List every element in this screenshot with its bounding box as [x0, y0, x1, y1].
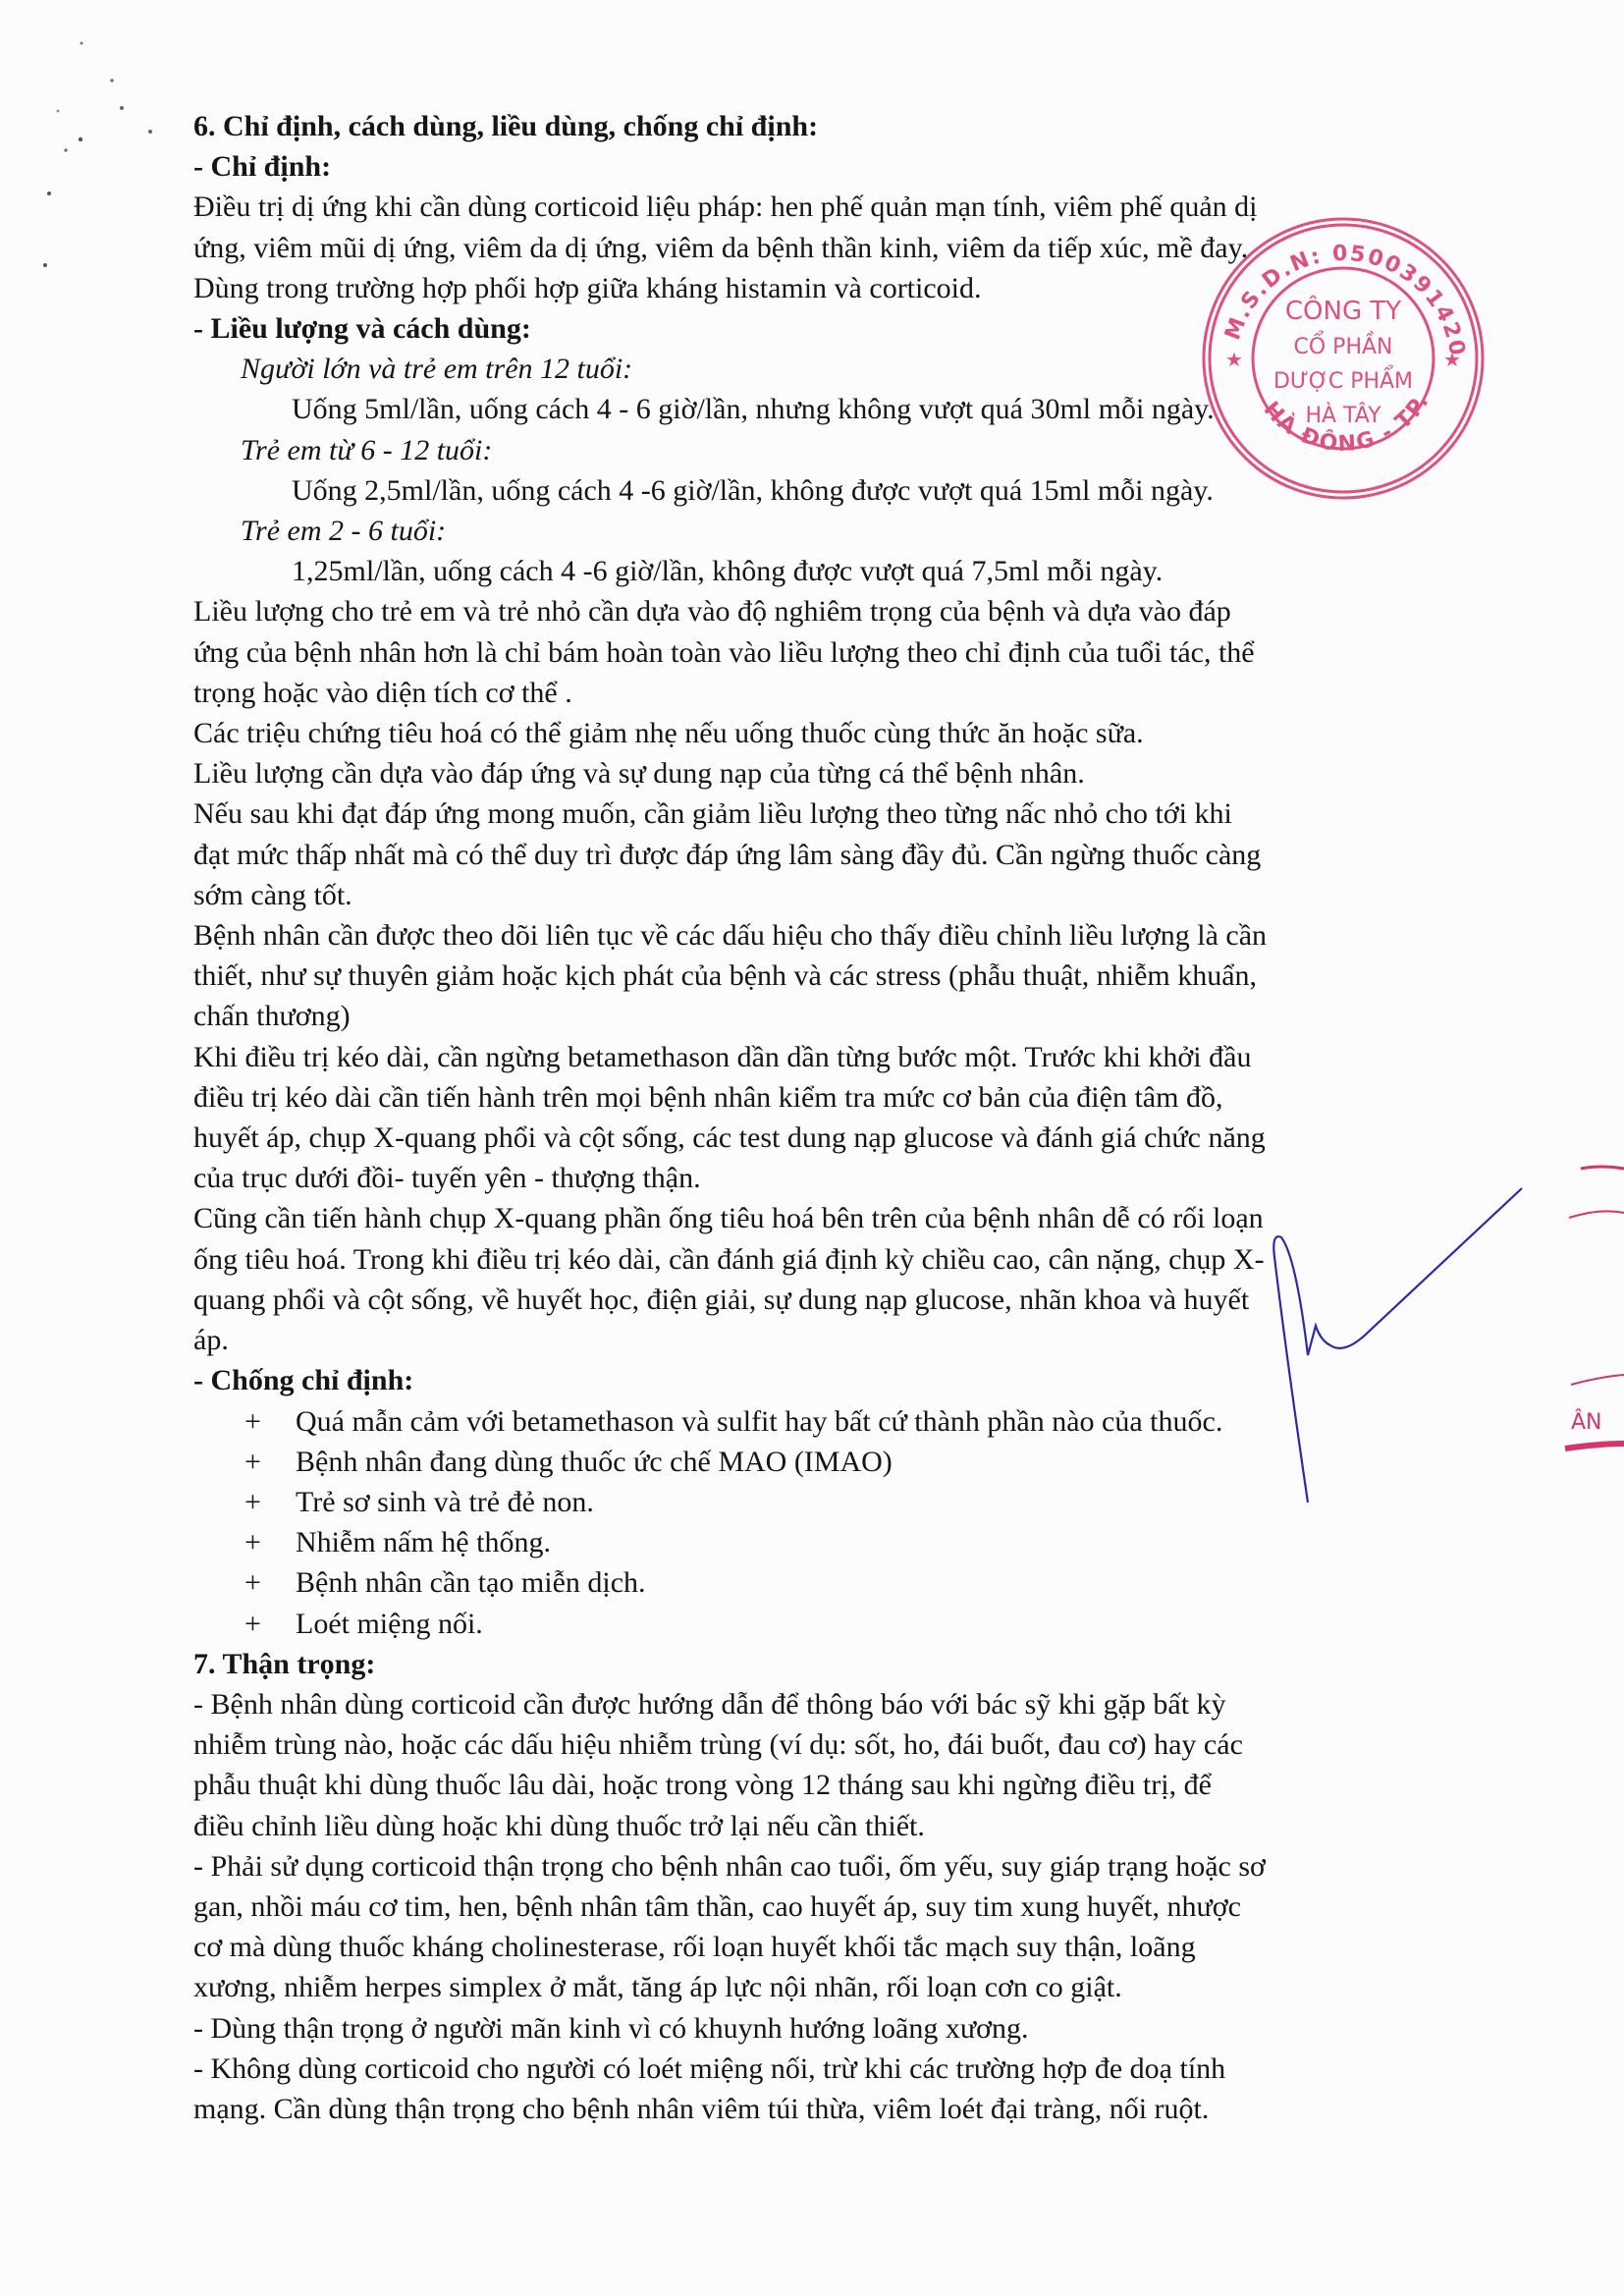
- text-line: xương, nhiễm herpes simplex ở mắt, tăng …: [193, 1967, 1489, 2007]
- text-line: ống tiêu hoá. Trong khi điều trị kéo dài…: [193, 1239, 1489, 1280]
- text-line: áp.: [193, 1320, 1489, 1360]
- text-line: mạng. Cần dùng thận trọng cho bệnh nhân …: [193, 2089, 1489, 2129]
- text-line: cơ mà dùng thuốc kháng cholinesterase, r…: [193, 1927, 1489, 1967]
- text-line: - Dùng thận trọng ở người mãn kinh vì có…: [193, 2008, 1489, 2049]
- dosage-group-label: Trẻ em từ 6 - 12 tuổi:: [193, 430, 1489, 470]
- dosage-group-label: Trẻ em 2 - 6 tuổi:: [193, 511, 1489, 551]
- contraindication-item: +Trẻ sơ sinh và trẻ đẻ non.: [193, 1482, 1489, 1522]
- text-line: trọng hoặc vào diện tích cơ thể .: [193, 673, 1489, 713]
- section-7-heading: 7. Thận trọng:: [193, 1644, 1489, 1684]
- contraindication-text: Nhiễm nấm hệ thống.: [296, 1526, 551, 1558]
- text-line: Bệnh nhân cần được theo dõi liên tục về …: [193, 915, 1489, 956]
- contraindication-item: +Bệnh nhân cần tạo miễn dịch.: [193, 1562, 1489, 1603]
- plus-bullet-icon: +: [244, 1604, 296, 1644]
- plus-bullet-icon: +: [244, 1522, 296, 1562]
- text-line: điều trị kéo dài cần tiến hành trên mọi …: [193, 1077, 1489, 1118]
- text-line: gan, nhồi máu cơ tim, hen, bệnh nhân tâm…: [193, 1886, 1489, 1927]
- partial-stamp-icon: ÂN: [1561, 1159, 1624, 1453]
- document-page: 6. Chỉ định, cách dùng, liều dùng, chống…: [0, 0, 1624, 2296]
- indications-heading: - Chỉ định:: [193, 146, 1489, 187]
- text-line: huyết áp, chụp X-quang phổi và cột sống,…: [193, 1118, 1489, 1158]
- document-body: 6. Chỉ định, cách dùng, liều dùng, chống…: [193, 106, 1489, 2129]
- text-line: nhiễm trùng nào, hoặc các dấu hiệu nhiễm…: [193, 1724, 1489, 1765]
- text-line: đạt mức thấp nhất mà có thể duy trì được…: [193, 835, 1489, 875]
- text-line: điều chỉnh liều dùng hoặc khi dùng thuốc…: [193, 1806, 1489, 1846]
- dosage-group-text: Uống 5ml/lần, uống cách 4 - 6 giờ/lần, n…: [193, 389, 1489, 429]
- text-line: Khi điều trị kéo dài, cần ngừng betameth…: [193, 1037, 1489, 1077]
- scan-specks: [0, 39, 196, 295]
- text-line: thiết, như sự thuyên giảm hoặc kịch phát…: [193, 956, 1489, 996]
- text-line: Liều lượng cho trẻ em và trẻ nhỏ cần dựa…: [193, 591, 1489, 631]
- plus-bullet-icon: +: [244, 1482, 296, 1522]
- text-line: Liều lượng cần dựa vào đáp ứng và sự dun…: [193, 753, 1489, 793]
- contraindication-text: Bệnh nhân đang dùng thuốc ức chế MAO (IM…: [296, 1446, 893, 1478]
- svg-text:ÂN: ÂN: [1571, 1409, 1602, 1435]
- text-line: Cũng cần tiến hành chụp X-quang phần ống…: [193, 1198, 1489, 1238]
- text-line: Nếu sau khi đạt đáp ứng mong muốn, cần g…: [193, 793, 1489, 834]
- plus-bullet-icon: +: [244, 1442, 296, 1482]
- text-line: Các triệu chứng tiêu hoá có thể giảm nhẹ…: [193, 713, 1489, 753]
- text-line: của trục dưới đồi- tuyến yên - thượng th…: [193, 1158, 1489, 1198]
- plus-bullet-icon: +: [244, 1562, 296, 1603]
- text-line: ứng của bệnh nhân hơn là chỉ bám hoàn to…: [193, 632, 1489, 673]
- dosage-heading: - Liều lượng và cách dùng:: [193, 308, 1489, 349]
- text-line: sớm càng tốt.: [193, 875, 1489, 915]
- text-line: quang phổi và cột sống, về huyết học, đi…: [193, 1280, 1489, 1320]
- contraindication-item: +Loét miệng nối.: [193, 1604, 1489, 1644]
- dosage-group-text: Uống 2,5ml/lần, uống cách 4 -6 giờ/lần, …: [193, 470, 1489, 511]
- text-line: Dùng trong trường hợp phối hợp giữa khán…: [193, 268, 1489, 308]
- dosage-group-label: Người lớn và trẻ em trên 12 tuổi:: [193, 349, 1489, 389]
- plus-bullet-icon: +: [244, 1401, 296, 1442]
- text-line: Điều trị dị ứng khi cần dùng corticoid l…: [193, 187, 1489, 227]
- text-line: ứng, viêm mũi dị ứng, viêm da dị ứng, vi…: [193, 228, 1489, 268]
- text-line: chấn thương): [193, 996, 1489, 1036]
- contraindication-item: +Quá mẫn cảm với betamethason và sulfit …: [193, 1401, 1489, 1442]
- section-6-heading: 6. Chỉ định, cách dùng, liều dùng, chống…: [193, 106, 1489, 146]
- contraindication-text: Trẻ sơ sinh và trẻ đẻ non.: [296, 1486, 594, 1518]
- contraindication-item: +Nhiễm nấm hệ thống.: [193, 1522, 1489, 1562]
- contraindication-text: Quá mẫn cảm với betamethason và sulfit h…: [296, 1405, 1222, 1438]
- contraindication-item: +Bệnh nhân đang dùng thuốc ức chế MAO (I…: [193, 1442, 1489, 1482]
- contraindication-text: Bệnh nhân cần tạo miễn dịch.: [296, 1566, 646, 1599]
- text-line: - Không dùng corticoid cho người có loét…: [193, 2049, 1489, 2089]
- contraindication-text: Loét miệng nối.: [296, 1608, 483, 1640]
- text-line: - Bệnh nhân dùng corticoid cần được hướn…: [193, 1684, 1489, 1724]
- dosage-group-text: 1,25ml/lần, uống cách 4 -6 giờ/lần, khôn…: [193, 551, 1489, 591]
- text-line: - Phải sử dụng corticoid thận trọng cho …: [193, 1846, 1489, 1886]
- contraindications-heading: - Chống chỉ định:: [193, 1360, 1489, 1400]
- text-line: phẫu thuật khi dùng thuốc lâu dài, hoặc …: [193, 1765, 1489, 1805]
